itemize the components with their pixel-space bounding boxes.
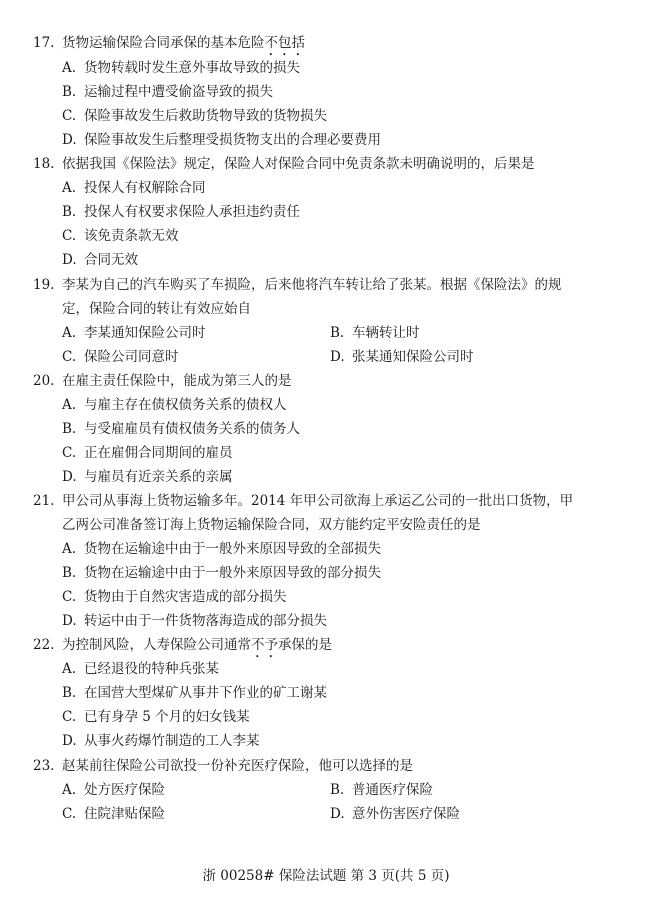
option-b: B.货物在运输途中由于一般外来原因导致的部分损失 — [62, 563, 381, 583]
option-a: A.货物在运输途中由于一般外来原因导致的全部损失 — [62, 539, 381, 559]
option-a: A.货物转载时发生意外事故导致的损失 — [62, 58, 300, 78]
question-text-line-2: 乙两公司准备签订海上货物运输保险合同，双方能约定平安险责任的是 — [62, 515, 481, 535]
question-text: 为控制风险，人寿保险公司通常不予承保的是 — [62, 635, 332, 661]
option-a: A.已经退役的特种兵张某 — [62, 659, 219, 679]
emphasized-text: 不包括 — [265, 35, 306, 51]
option-b: B.车辆转让时 — [330, 323, 420, 343]
option-d: D.合同无效 — [62, 250, 138, 270]
option-c: C.保险公司同意时 — [62, 347, 179, 367]
question-text: 依据我国《保险法》规定，保险人对保险合同中免责条款未明确说明的，后果是 — [62, 154, 535, 174]
option-c: C.保险事故发生后救助货物导致的货物损失 — [62, 106, 327, 126]
question-number: 19. — [33, 275, 54, 295]
question-text: 在雇主责任保险中，能成为第三人的是 — [62, 371, 292, 391]
question-number: 17. — [33, 33, 54, 53]
option-d: D.张某通知保险公司时 — [330, 347, 474, 367]
option-b: B.投保人有权要求保险人承担违约责任 — [62, 202, 300, 222]
option-c: C.已有身孕 5 个月的妇女钱某 — [62, 707, 250, 727]
emphasized-text: 不予 — [251, 637, 278, 653]
option-c: C.正在雇佣合同期间的雇员 — [62, 443, 233, 463]
question-number: 21. — [33, 491, 54, 511]
question-number: 20. — [33, 371, 54, 391]
exam-page: 17. 货物运输保险合同承保的基本危险不包括 A.货物转载时发生意外事故导致的损… — [0, 0, 652, 915]
option-d: D.保险事故发生后整理受损货物支出的合理必要费用 — [62, 130, 381, 150]
option-a: A.投保人有权解除合同 — [62, 178, 206, 198]
option-b: B.运输过程中遭受偷盗导致的损失 — [62, 82, 273, 102]
question-text: 货物运输保险合同承保的基本危险不包括 — [62, 33, 305, 59]
question-number: 22. — [33, 635, 54, 655]
question-text-line-1: 李某为自己的汽车购买了车损险，后来他将汽车转让给了张某。根据《保险法》的规 — [62, 275, 562, 295]
question-text-line-1: 甲公司从事海上货物运输多年。2014 年甲公司欲海上承运乙公司的一批出口货物，甲 — [62, 491, 573, 511]
option-d: D.从事火药爆竹制造的工人李某 — [62, 731, 260, 751]
option-a: A.与雇主存在债权债务关系的债权人 — [62, 395, 287, 415]
option-d: D.意外伤害医疗保险 — [330, 804, 460, 824]
question-text: 赵某前往保险公司欲投一份补充医疗保险，他可以选择的是 — [62, 756, 413, 776]
option-a: A.处方医疗保险 — [62, 780, 165, 800]
option-c: C.货物由于自然灾害造成的部分损失 — [62, 587, 287, 607]
question-text-line-2: 定，保险合同的转让有效应始自 — [62, 299, 251, 319]
question-number: 23. — [33, 756, 54, 776]
option-d: D.与雇员有近亲关系的亲属 — [62, 467, 233, 487]
option-d: D.转运中由于一件货物落海造成的部分损失 — [62, 611, 327, 631]
option-b: B.普通医疗保险 — [330, 780, 433, 800]
option-a: A.李某通知保险公司时 — [62, 323, 206, 343]
option-b: B.与受雇雇员有债权债务关系的债务人 — [62, 419, 300, 439]
option-c: C.该免责条款无效 — [62, 226, 179, 246]
page-footer: 浙 00258# 保险法试题 第 3 页(共 5 页) — [0, 864, 652, 884]
question-number: 18. — [33, 154, 54, 174]
option-c: C.住院津贴保险 — [62, 804, 165, 824]
option-b: B.在国营大型煤矿从事井下作业的矿工谢某 — [62, 683, 327, 703]
